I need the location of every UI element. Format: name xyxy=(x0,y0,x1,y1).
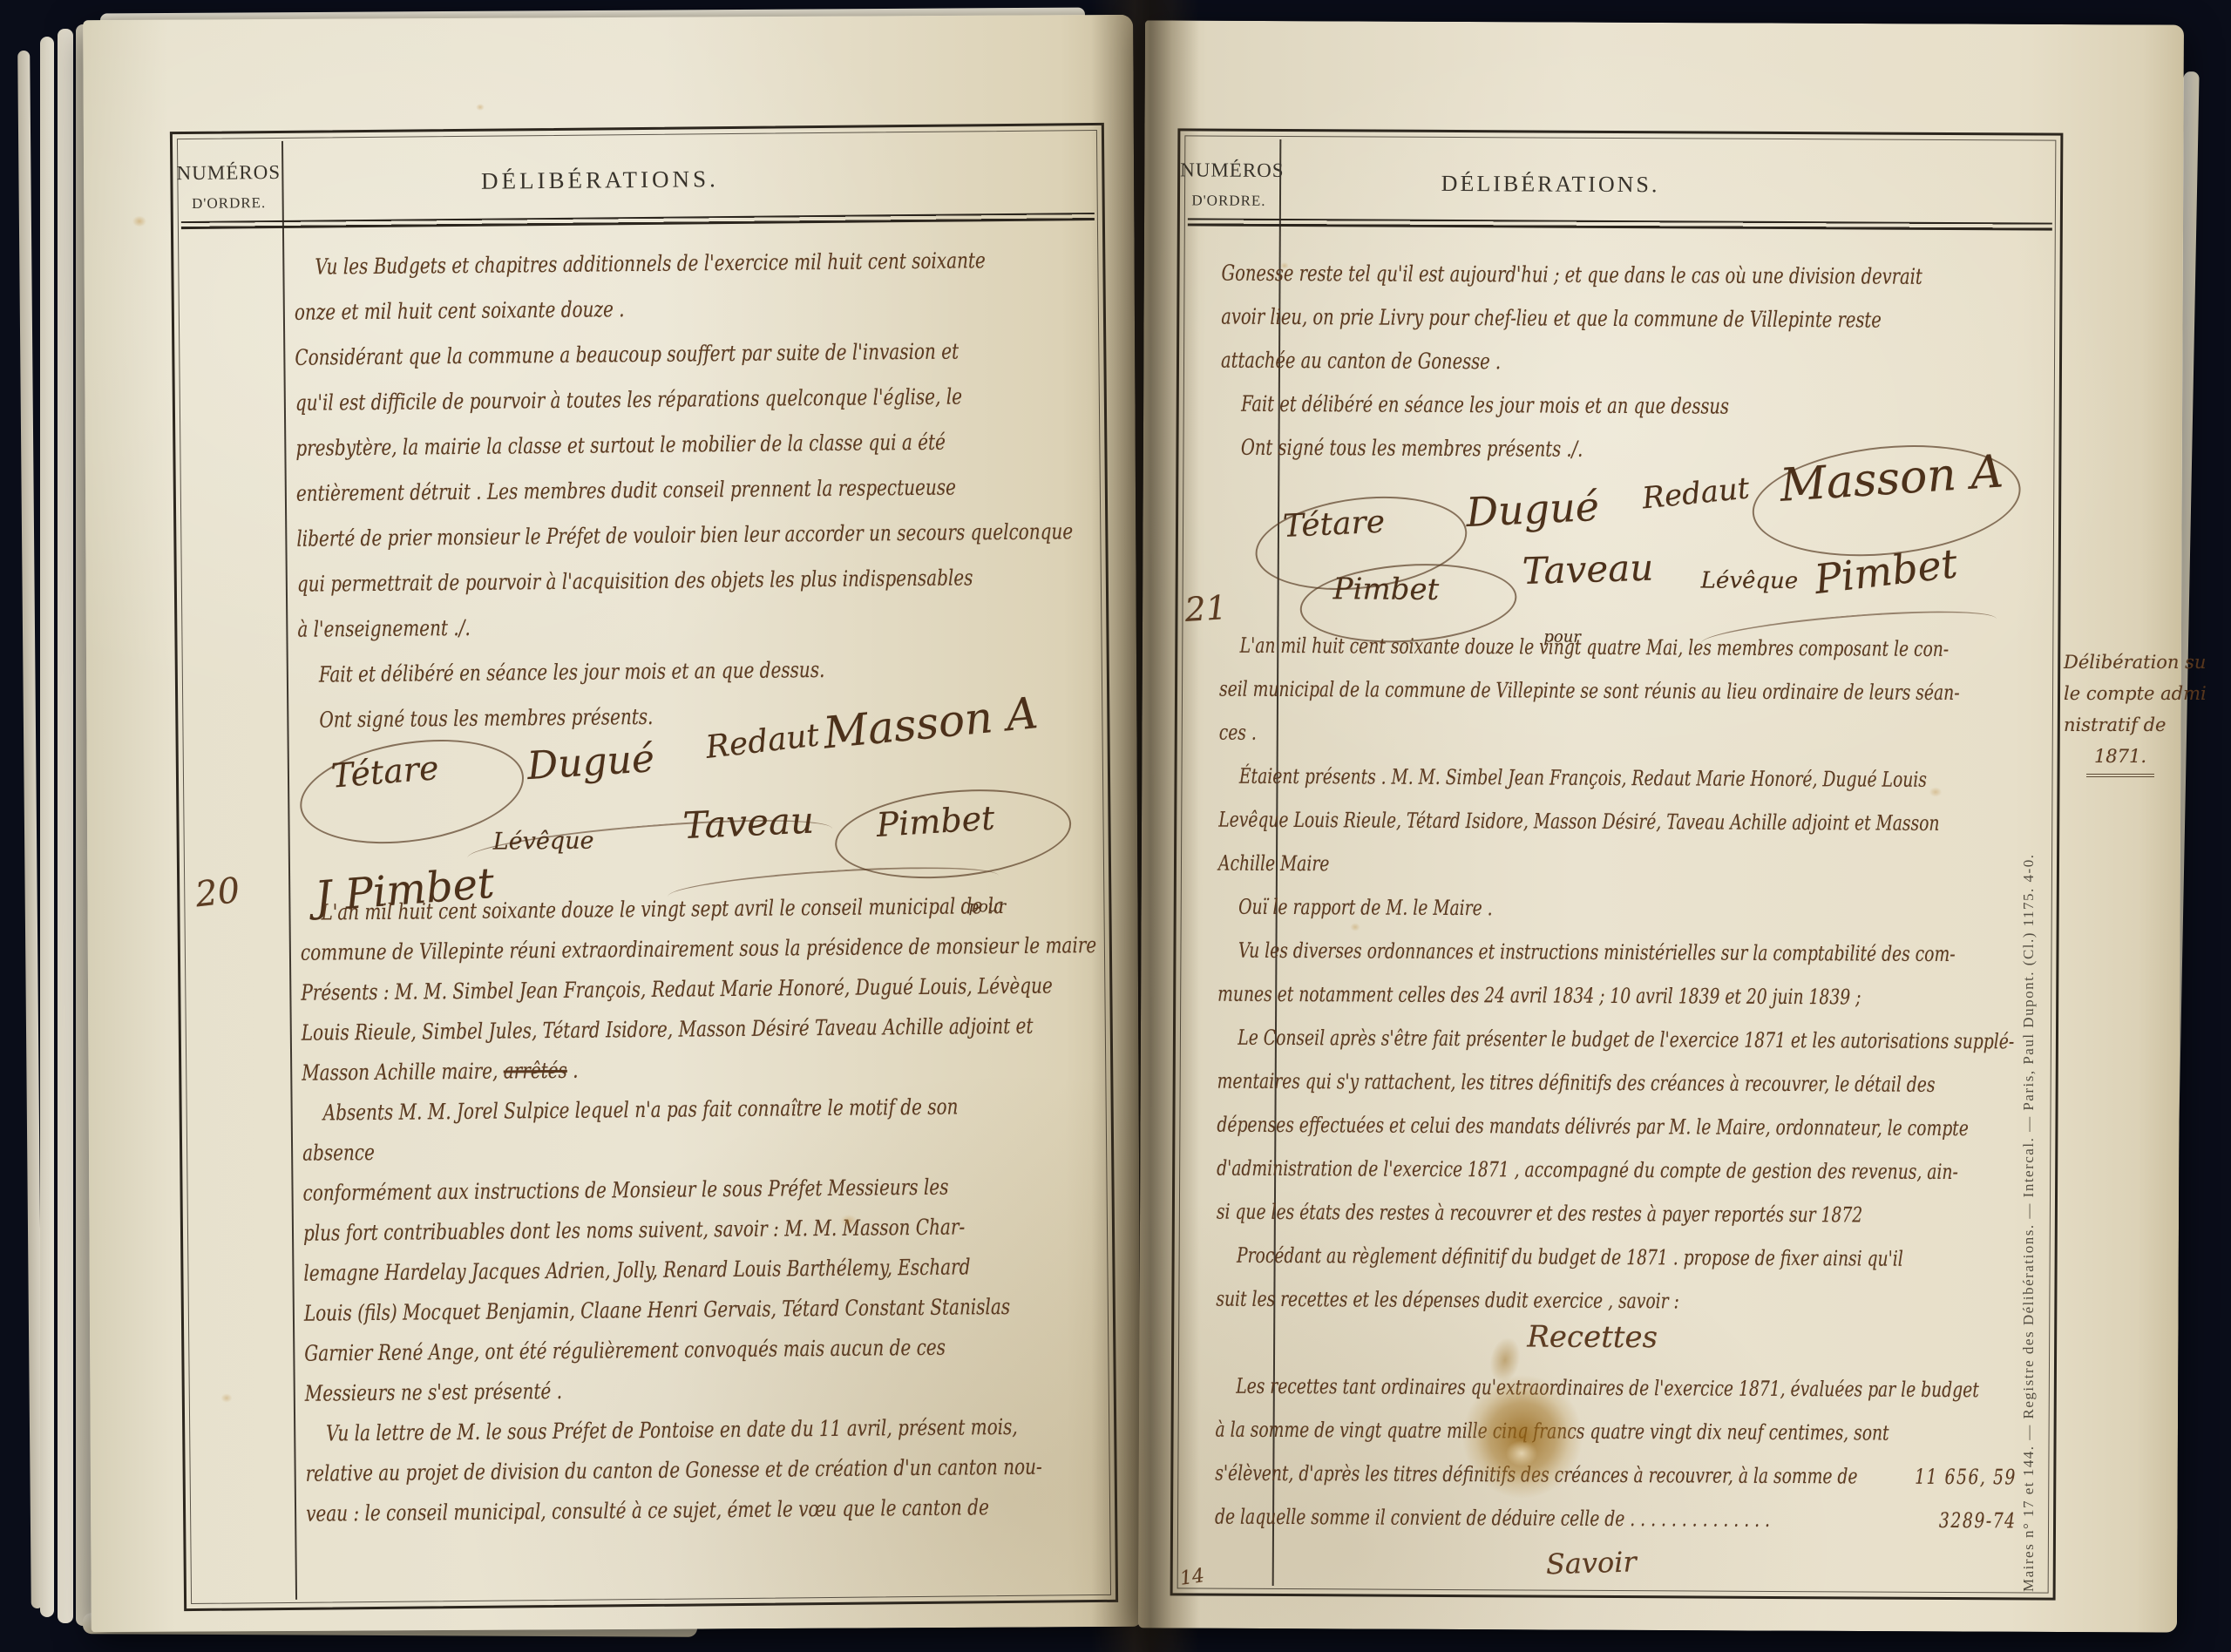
manuscript-line: Procédant au règlement définitif du budg… xyxy=(1217,1234,1855,1281)
manuscript-line: Messieurs ne s'est présenté . xyxy=(305,1368,943,1414)
entry-number-20: 20 xyxy=(193,870,242,916)
manuscript-line: suit les recettes et les dépenses dudit … xyxy=(1216,1277,1855,1324)
recettes-block: Les recettes tant ordinaires qu'extraord… xyxy=(1215,1364,2035,1543)
signature-dugue: Dugué xyxy=(1465,483,1600,536)
manuscript-line: L'an mil huit cent soixante douze le vin… xyxy=(300,887,938,933)
manuscript-line: entièrement détruit . Les membres dudit … xyxy=(296,465,934,517)
left-entry-20-block: L'an mil huit cent soixante douze le vin… xyxy=(300,885,1103,1534)
manuscript-line: d'administration de l'exercice 1871 , ac… xyxy=(1217,1147,1855,1194)
foxing-spot xyxy=(131,214,148,228)
manuscript-line: qui permettrait de pourvoir à l'acquisit… xyxy=(297,556,935,607)
manuscript-line: munes et notamment celles des 24 avril 1… xyxy=(1217,972,1856,1019)
deliberations-header: DÉLIBÉRATIONS. xyxy=(1367,170,1733,198)
foxing-spot xyxy=(1928,786,1943,798)
foxing-spot xyxy=(475,103,485,112)
ink-stain xyxy=(1501,1436,1543,1471)
manuscript-line: onze et mil huit cent soixante douze . xyxy=(295,284,932,335)
manuscript-line: Vu la lettre de M. le sous Préfet de Pon… xyxy=(305,1408,943,1454)
manuscript-line: absence xyxy=(302,1127,940,1174)
line-text: Masson Achille maire, xyxy=(302,1059,504,1086)
margin-note-year: 1871. xyxy=(2086,741,2154,777)
signature-pimbet: Pimbet xyxy=(1333,572,1440,607)
folio-number: 14 xyxy=(1178,1565,1205,1590)
manuscript-line: mentaires qui s'y rattachent, les titres… xyxy=(1217,1060,1856,1107)
left-table-frame: NUMÉROS D'ORDRE. DÉLIBÉRATIONS. Vu les B… xyxy=(170,123,1118,1611)
manuscript-line: Fait et délibéré en séance les jour mois… xyxy=(298,647,936,698)
printer-imprint: Maires n° 17 et 144. — Registre des Déli… xyxy=(2020,614,2038,1592)
manuscript-line: avoir lieu, on prie Livry pour chef-lieu… xyxy=(1221,295,1860,342)
manuscript-line: L'an mil huit cent soixante douze le vin… xyxy=(1219,624,1858,671)
manuscript-line: conformément aux instructions de Monsieu… xyxy=(302,1168,940,1214)
manuscript-line: liberté de prier monsieur le Préfet de v… xyxy=(296,511,934,562)
manuscript-line: si que les états des restes à recouvrer … xyxy=(1217,1190,1855,1237)
signature-taveau: Taveau xyxy=(1522,546,1654,592)
line-text: . xyxy=(567,1058,579,1083)
manuscript-line-amount: de laquelle somme il convient de déduire… xyxy=(1215,1495,2021,1543)
foxing-spot xyxy=(220,1392,234,1404)
manuscript-line: relative au projet de division du canton… xyxy=(305,1448,943,1494)
manuscript-line: Le Conseil après s'être fait présenter l… xyxy=(1217,1016,1856,1063)
manuscript-line: Gonesse reste tel qu'il est aujourd'hui … xyxy=(1221,252,1860,299)
manuscript-line: Garnier René Ange, ont été régulièrement… xyxy=(304,1328,942,1374)
right-table-frame: NUMÉROS D'ORDRE. DÉLIBÉRATIONS. Gonesse … xyxy=(1170,128,2064,1600)
signature-dugue: Dugué xyxy=(526,736,655,789)
amount-value: 11 656, 59 xyxy=(1915,1455,2021,1500)
margin-note-line: nistratif de xyxy=(2064,709,2219,741)
margin-note-line: le compte admi xyxy=(2064,678,2219,709)
left-paragraph-block: Vu les Budgets et chapitres additionnels… xyxy=(294,237,1095,743)
register-photo-backdrop: NUMÉROS D'ORDRE. DÉLIBÉRATIONS. Vu les B… xyxy=(0,0,2231,1652)
ordre-header: D'ORDRE. xyxy=(177,194,281,213)
manuscript-line: Vu les diverses ordonnances et instructi… xyxy=(1217,929,1856,976)
manuscript-line: seil municipal de la commune de Villepin… xyxy=(1219,667,1858,714)
manuscript-line: Fait et délibéré en séance les jour mois… xyxy=(1221,383,1860,430)
numeros-header: NUMÉROS xyxy=(176,161,281,185)
manuscript-line: Achille Maire xyxy=(1218,842,1857,889)
signature-tetard: Tétare xyxy=(1282,504,1386,545)
deliberations-header: DÉLIBÉRATIONS. xyxy=(390,165,809,196)
manuscript-line: à l'enseignement ./. xyxy=(297,601,935,653)
signature-leveque: Lévêque xyxy=(493,828,594,856)
manuscript-line: presbytère, la mairie la classe et surto… xyxy=(295,420,933,471)
savoir-heading: Savoir xyxy=(1477,1543,1705,1583)
foxing-spot xyxy=(1811,1082,1821,1091)
manuscript-line: lemagne Hardelay Jacques Adrien, Jolly, … xyxy=(303,1248,941,1294)
right-top-block: Gonesse reste tel qu'il est aujourd'hui … xyxy=(1220,252,2040,474)
manuscript-line: veau : le conseil municipal, consulté à … xyxy=(306,1488,944,1534)
struck-word: arrêtés xyxy=(504,1058,567,1084)
manuscript-line: Levêque Louis Rieule, Tétard Isidore, Ma… xyxy=(1218,798,1857,845)
book-page-edge xyxy=(58,29,73,1623)
book-gutter xyxy=(1091,0,1199,1652)
right-entry-21-block: L'an mil huit cent soixante douze le vin… xyxy=(1216,624,2038,1325)
book-page-edge xyxy=(40,37,54,1617)
manuscript-line: attachée au canton de Gonesse . xyxy=(1221,339,1860,386)
manuscript-line: commune de Villepinte réuni extraordinai… xyxy=(301,927,939,973)
manuscript-line: dépenses effectuées et celui des mandats… xyxy=(1217,1103,1855,1150)
margin-note: Délibération su le compte admi nistratif… xyxy=(2064,647,2219,777)
manuscript-line: ces . xyxy=(1219,711,1858,758)
manuscript-line: Étaient présents . M. M. Simbel Jean Fra… xyxy=(1218,755,1857,802)
amount-value: 3289-74 xyxy=(1939,1499,2021,1542)
manuscript-line: Ouï le rapport de M. le Maire . xyxy=(1218,885,1857,932)
signature-pimbet: Pimbet xyxy=(875,799,995,844)
signature-leveque: Lévêque xyxy=(1701,568,1799,595)
manuscript-line: Louis (fils) Mocquet Benjamin, Claane He… xyxy=(304,1288,942,1334)
manuscript-line: Considérant que la commune a beaucoup so… xyxy=(295,329,932,381)
line-text: de laquelle somme il convient de déduire… xyxy=(1215,1495,1770,1541)
manuscript-line-amount: s'élèvent, d'après les titres définitifs… xyxy=(1215,1452,2021,1500)
manuscript-line: Vu les Budgets et chapitres additionnels… xyxy=(294,239,932,290)
signature-taveau: Taveau xyxy=(682,799,815,848)
foxing-spot xyxy=(838,1213,859,1229)
foxing-spot xyxy=(1349,922,1361,932)
manuscript-line: Ont signé tous les membres présents ./. xyxy=(1220,426,1859,473)
margin-note-line: Délibération su xyxy=(2064,647,2219,678)
manuscript-line: Louis Rieule, Simbel Jules, Tétard Isido… xyxy=(302,1007,939,1053)
manuscript-line: qu'il est difficile de pourvoir à toutes… xyxy=(295,375,933,426)
manuscript-line: Présents : M. M. Simbel Jean François, R… xyxy=(301,967,939,1013)
manuscript-line-strike: Masson Achille maire, arrêtés . xyxy=(302,1047,939,1093)
foxing-spot xyxy=(1279,261,1290,270)
manuscript-line: Absents M. M. Jorel Sulpice lequel n'a p… xyxy=(302,1087,939,1134)
